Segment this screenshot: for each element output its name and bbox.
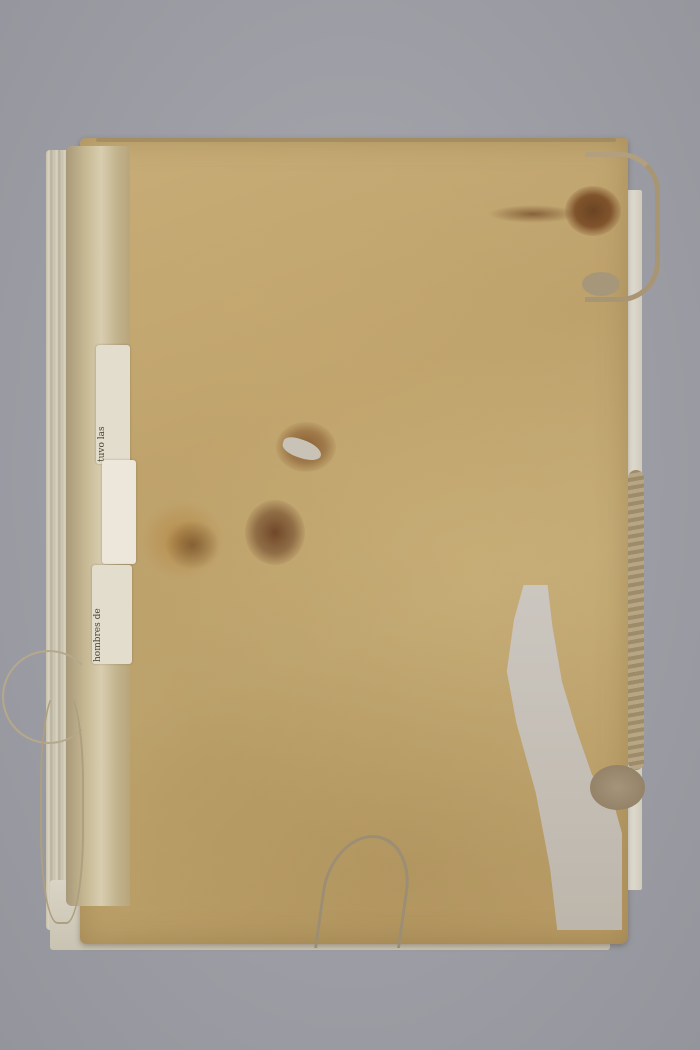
loose-string	[40, 690, 84, 924]
cover-top-edge	[96, 138, 616, 142]
right-tie	[628, 470, 644, 770]
printed-waste-scrap: hombres de	[92, 565, 132, 664]
top-tie-knot	[582, 272, 620, 296]
stain-mid	[245, 500, 305, 565]
photo-scene: tuvo las hombres de	[0, 0, 700, 1050]
page-edge-label	[620, 205, 636, 245]
stain-left-dark	[165, 520, 220, 570]
right-tie-knot	[590, 765, 645, 810]
printed-waste-scrap: tuvo las	[96, 345, 130, 464]
printed-waste-scrap	[102, 460, 136, 564]
